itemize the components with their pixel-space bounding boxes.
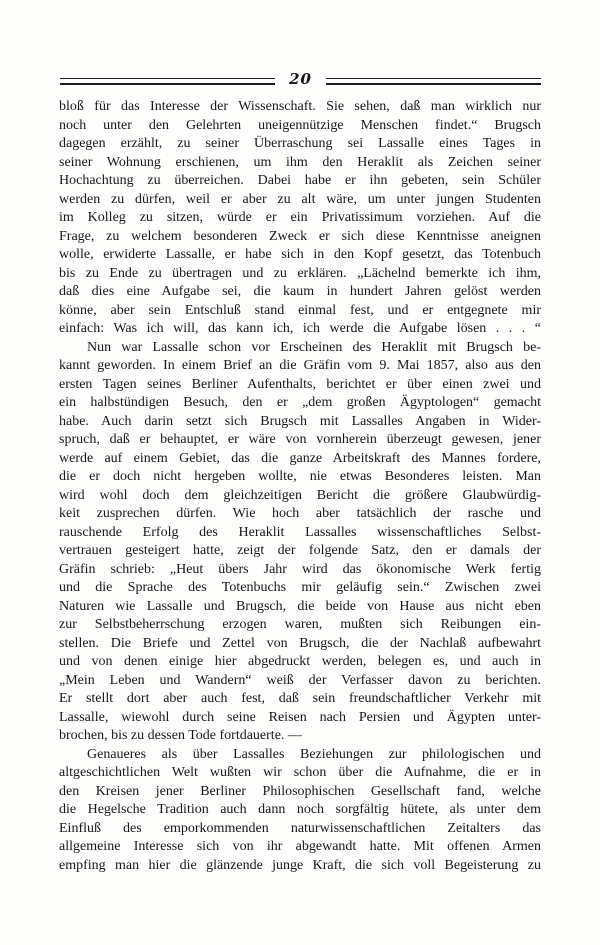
page-header: 20 — [60, 72, 541, 90]
text-line: den Kreisen jener Berliner Philosophisch… — [59, 783, 541, 802]
text-line: dagegen erzählt, zu seiner Überraschung … — [59, 135, 541, 154]
text-line: könne, aber sein Entschluß stand einmal … — [59, 302, 541, 321]
paragraph: Genaueres als über Lassalles Beziehungen… — [59, 746, 541, 876]
text-line: seiner Wohnung erschienen, um ihm den He… — [59, 154, 541, 173]
text-line: ein halbstündigen Besuch, den er „dem gr… — [59, 394, 541, 413]
text-line: noch unter den Gelehrten uneigennützige … — [59, 117, 541, 136]
text-line: „Mein Leben und Wandern“ weiß der Verfas… — [59, 672, 541, 691]
text-line: Gräfin schrieb: „Heut übers Jahr wird da… — [59, 561, 541, 580]
text-line: habe. Auch darin setzt sich Brugsch mit … — [59, 413, 541, 432]
text-line: Er stellt dort aber auch fest, daß sein … — [59, 690, 541, 709]
text-line: empfing man hier die glänzende junge Kra… — [59, 857, 541, 876]
text-line: brochen, bis zu dessen Tode fortdauerte.… — [59, 727, 541, 746]
text-line: kannt geworden. In einem Brief an die Gr… — [59, 357, 541, 376]
text-line: bloß für das Interesse der Wissenschaft.… — [59, 98, 541, 117]
text-line: zur Selbstbeherrschung erzogen waren, mu… — [59, 616, 541, 635]
header-rule-left — [60, 78, 275, 85]
text-line: ersten Tagen seines Berliner Aufenthalts… — [59, 376, 541, 395]
text-line: Einfluß des emporkommenden naturwissensc… — [59, 820, 541, 839]
text-line: keit zusprechen dürfen. Wie hoch aber ta… — [59, 505, 541, 524]
text-line: Genaueres als über Lassalles Beziehungen… — [59, 746, 541, 765]
text-line: altgeschichtlichen Welt wußten wir schon… — [59, 764, 541, 783]
text-line: wolle, erwiderte Lassalle, er habe sich … — [59, 246, 541, 265]
text-line: Nun war Lassalle schon vor Erscheinen de… — [59, 339, 541, 358]
text-line: rauschende Erfolg des Heraklit Lassalles… — [59, 524, 541, 543]
text-line: stellen. Die Briefe und Zettel von Brugs… — [59, 635, 541, 654]
header-rule-right — [326, 78, 541, 85]
text-line: im Kolleg zu sitzen, würde er ein Privat… — [59, 209, 541, 228]
text-line: allgemeine Interesse sich von ihr abgewa… — [59, 838, 541, 857]
text-line: vertrauen gesteigert hatte, zeigt der fo… — [59, 542, 541, 561]
text-block: bloß für das Interesse der Wissenschaft.… — [59, 98, 541, 875]
text-line: und die Sprache des Totenbuchs mir geläu… — [59, 579, 541, 598]
text-line: bis zu Ende zu übertragen und zu erkläre… — [59, 265, 541, 284]
paragraph: bloß für das Interesse der Wissenschaft.… — [59, 98, 541, 339]
text-line: und von denen einige hier abgedruckt wer… — [59, 653, 541, 672]
text-line: Frage, zu welchem besonderen Zweck er si… — [59, 228, 541, 247]
paragraph: Nun war Lassalle schon vor Erscheinen de… — [59, 339, 541, 746]
text-line: werde auf einem Gebiet, das die ganze Ar… — [59, 450, 541, 469]
book-page: 20 bloß für das Interesse der Wissenscha… — [0, 0, 600, 945]
text-line: Naturen wie Lassalle und Brugsch, die be… — [59, 598, 541, 617]
text-line: daß dies eine Aufgabe sei, die kaum in h… — [59, 283, 541, 302]
text-line: Lassalle, wiewohl durch seine Reisen nac… — [59, 709, 541, 728]
text-line: Hochachtung zu überreichen. Dabei habe e… — [59, 172, 541, 191]
text-line: die er doch nicht hergeben wollte, nie e… — [59, 468, 541, 487]
page-number: 20 — [275, 70, 326, 88]
text-line: spruch, daß er behauptet, er wäre von vo… — [59, 431, 541, 450]
text-line: werden zu dürfen, weil er aber zu alt wä… — [59, 191, 541, 210]
text-line: wird wohl doch dem gleichzeitigen Berich… — [59, 487, 541, 506]
text-line: die Hegelsche Tradition auch dann noch s… — [59, 801, 541, 820]
text-line: einfach: Was ich will, das kann ich, ich… — [59, 320, 541, 339]
